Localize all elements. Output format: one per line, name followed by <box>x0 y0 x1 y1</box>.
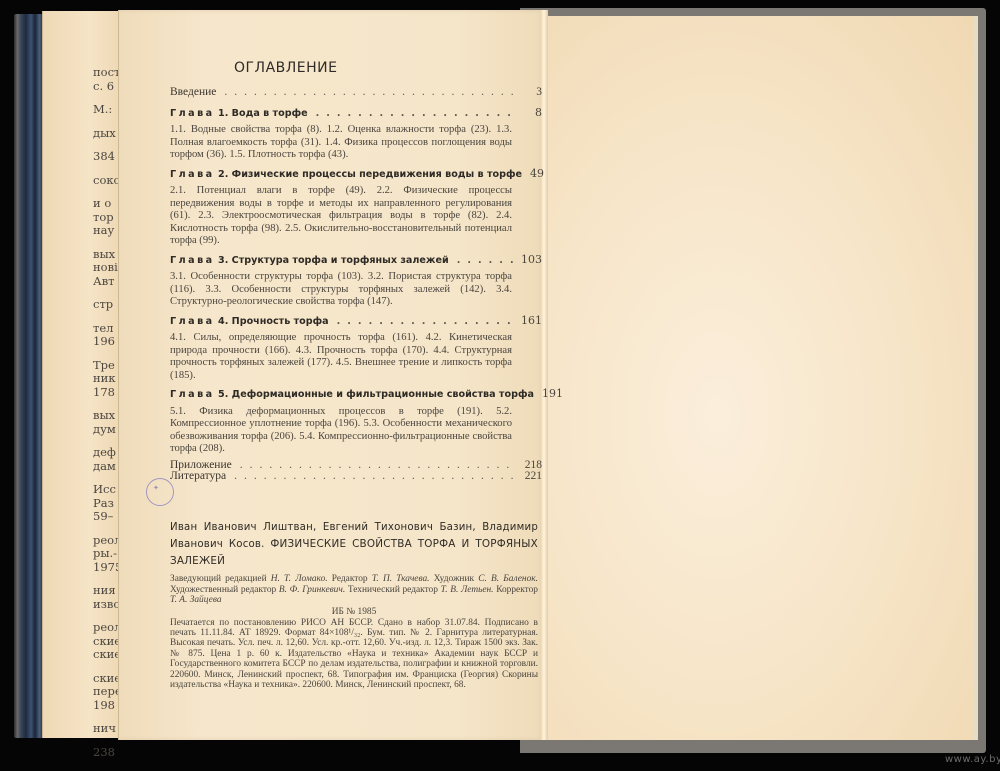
previous-page-line: соко <box>93 174 119 188</box>
toc-page-number: 8 <box>514 107 542 120</box>
credit-name: Т. А. Зайцева <box>170 595 222 605</box>
leader-dots: ........................ <box>308 108 514 121</box>
previous-page-line: с. 6 <box>93 80 119 94</box>
previous-page-line: стр <box>93 298 119 312</box>
chapter-title: 1. Вода в торфе <box>218 108 308 119</box>
toc-chapter-4: Глава 4. Прочность торфа................… <box>170 315 542 329</box>
previous-page-line: ские <box>93 648 119 662</box>
previous-page-line: пост <box>93 66 119 80</box>
leader-dots: ................................ <box>216 86 514 99</box>
previous-page-line: ские <box>93 672 119 686</box>
previous-page-gap <box>93 164 119 174</box>
chapter-prefix: Глава <box>170 316 215 327</box>
previous-page-line: Исс <box>93 483 119 497</box>
authors-and-title: Иван Иванович Лиштван, Евгений Тихонович… <box>170 520 538 570</box>
credit-role: Технический редактор <box>345 585 440 595</box>
toc-page-number: 161 <box>514 315 542 328</box>
credit-name: Т. П. Ткачева. <box>372 574 430 584</box>
previous-page-line: 198 <box>93 699 119 713</box>
leader-dots: ................................ <box>232 460 514 471</box>
chapter-heading: Глава 5. Деформационные и фильтрационные… <box>170 389 534 402</box>
previous-page-line: дам <box>93 460 119 474</box>
previous-page-line: Авт <box>93 275 119 289</box>
toc-entry-appendix: Приложение .............................… <box>170 460 542 471</box>
previous-page-line: 238 <box>93 746 119 760</box>
previous-page-line: и о <box>93 197 119 211</box>
chapter-sections: 4.1. Силы, определяющие прочность торфа … <box>170 332 512 382</box>
toc-entry-label: Литература <box>170 471 226 482</box>
previous-page-line: Тре <box>93 359 119 373</box>
previous-page-line: М.: <box>93 103 119 117</box>
previous-page-gap <box>93 662 119 672</box>
blank-right-page <box>546 16 978 740</box>
chapter-sections: 5.1. Физика деформационных процессов в т… <box>170 406 512 456</box>
leader-dots: ................................ <box>226 471 514 482</box>
previous-page-line: пере <box>93 685 119 699</box>
ib-number: ИБ № 1985 <box>170 607 538 617</box>
toc-entry-label: Введение <box>170 86 216 99</box>
previous-page-line: вых <box>93 248 119 262</box>
previous-page-line: 178 <box>93 386 119 400</box>
previous-page-line: 384 <box>93 150 119 164</box>
previous-page-gap <box>93 736 119 746</box>
toc-chapter-1: Глава 1. Вода в торфе...................… <box>170 107 542 121</box>
previous-page-line: нау <box>93 224 119 238</box>
toc-entry-intro: Введение ...............................… <box>170 86 542 99</box>
previous-page-line: ские <box>93 635 119 649</box>
previous-page-line: тор <box>93 211 119 225</box>
previous-page-line: деф <box>93 446 119 460</box>
credit-role: Художник <box>430 574 479 584</box>
previous-page-line: реол <box>93 621 119 635</box>
previous-page-gap <box>93 524 119 534</box>
chapter-title: 5. Деформационные и фильтрационные свойс… <box>218 389 534 400</box>
previous-page-line: 196 <box>93 335 119 349</box>
chapter-title: 2. Физические процессы передвижения воды… <box>218 169 522 180</box>
leader-dots: ........................ <box>329 316 514 329</box>
previous-page-line: Раз <box>93 497 119 511</box>
leader-dots: ........................ <box>449 255 514 268</box>
previous-page-line: ры.- <box>93 547 119 561</box>
toc-chapter-2: Глава 2. Физические процессы передвижени… <box>170 168 542 182</box>
chapter-heading: Глава 1. Вода в торфе <box>170 108 308 121</box>
watermark: www.ay.by <box>945 754 1000 765</box>
previous-page-line: ник <box>93 372 119 386</box>
previous-page-line: изво <box>93 598 119 612</box>
toc-entry-literature: Литература .............................… <box>170 471 542 482</box>
toc-chapter-3: Глава 3. Структура торфа и торфяных зале… <box>170 254 542 268</box>
toc-page-number: 103 <box>514 254 542 267</box>
previous-page-line: ния <box>93 584 119 598</box>
chapter-sections: 2.1. Потенциал влаги в торфе (49). 2.2. … <box>170 185 512 248</box>
previous-page-line: 1975 <box>93 561 119 575</box>
previous-page-line: 59– <box>93 510 119 524</box>
chapter-sections: 1.1. Водные свойства торфа (8). 1.2. Оце… <box>170 124 512 162</box>
chapter-heading: Глава 3. Структура торфа и торфяных зале… <box>170 255 449 268</box>
leader-dots: ........................ <box>534 389 542 402</box>
credit-role: Заведующий редакцией <box>170 574 271 584</box>
toc-page-number: 191 <box>542 388 563 401</box>
chapter-heading: Глава 2. Физические процессы передвижени… <box>170 169 522 182</box>
stamp-mark: ✦ <box>153 484 159 492</box>
credit-name: Н. Т. Ломако. <box>271 574 328 584</box>
previous-page-gap <box>93 238 119 248</box>
chapter-prefix: Глава <box>170 108 215 119</box>
previous-page-text-fragments: постс. 6М.:дых384сокои оторнаувыхновіАвт… <box>93 66 119 759</box>
chapter-prefix: Глава <box>170 389 215 400</box>
printing-imprint: Печатается по постановлению РИСО АН БССР… <box>170 618 538 691</box>
leader-dots: ........................ <box>522 169 530 182</box>
previous-page-line: тел <box>93 322 119 336</box>
toc-chapter-5: Глава 5. Деформационные и фильтрационные… <box>170 388 542 402</box>
credit-role: Корректор <box>494 585 538 595</box>
colophon: Иван Иванович Лиштван, Евгений Тихонович… <box>170 520 538 690</box>
toc-entry-label: Приложение <box>170 460 232 471</box>
chapter-prefix: Глава <box>170 255 215 266</box>
chapter-heading: Глава 4. Прочность торфа <box>170 316 329 329</box>
library-stamp: ✦ <box>146 478 174 506</box>
previous-page-line: нич <box>93 722 119 736</box>
credit-name: В. Ф. Гринкевич. <box>279 585 345 595</box>
previous-page-line: вых <box>93 409 119 423</box>
chapter-title: 4. Прочность торфа <box>218 316 329 327</box>
credit-name: С. В. Баленок. <box>478 574 538 584</box>
credit-role: Художественный редактор <box>170 585 279 595</box>
previous-page-line: дум <box>93 423 119 437</box>
toc-page-number: 221 <box>514 471 542 482</box>
chapter-title: 3. Структура торфа и торфяных залежей <box>218 255 449 266</box>
previous-page-line: дых <box>93 127 119 141</box>
previous-page-line: реол <box>93 534 119 548</box>
previous-page-gap <box>93 117 119 127</box>
toc-title: ОГЛАВЛЕНИЕ <box>234 60 542 76</box>
toc-page-number: 218 <box>514 460 542 471</box>
credit-role: Редактор <box>328 574 372 584</box>
toc-page-number: 49 <box>530 168 544 181</box>
previous-page-gap <box>93 349 119 359</box>
table-of-contents: ОГЛАВЛЕНИЕ Введение ....................… <box>170 60 542 482</box>
credit-name: Т. В. Летьен. <box>441 585 494 595</box>
previous-page-gap <box>93 312 119 322</box>
editorial-credits: Заведующий редакцией Н. Т. Ломако. Редак… <box>170 574 538 606</box>
toc-page-number: 3 <box>514 86 542 99</box>
chapter-sections: 3.1. Особенности структуры торфа (103). … <box>170 271 512 309</box>
chapter-prefix: Глава <box>170 169 215 180</box>
previous-page-line: нові <box>93 261 119 275</box>
